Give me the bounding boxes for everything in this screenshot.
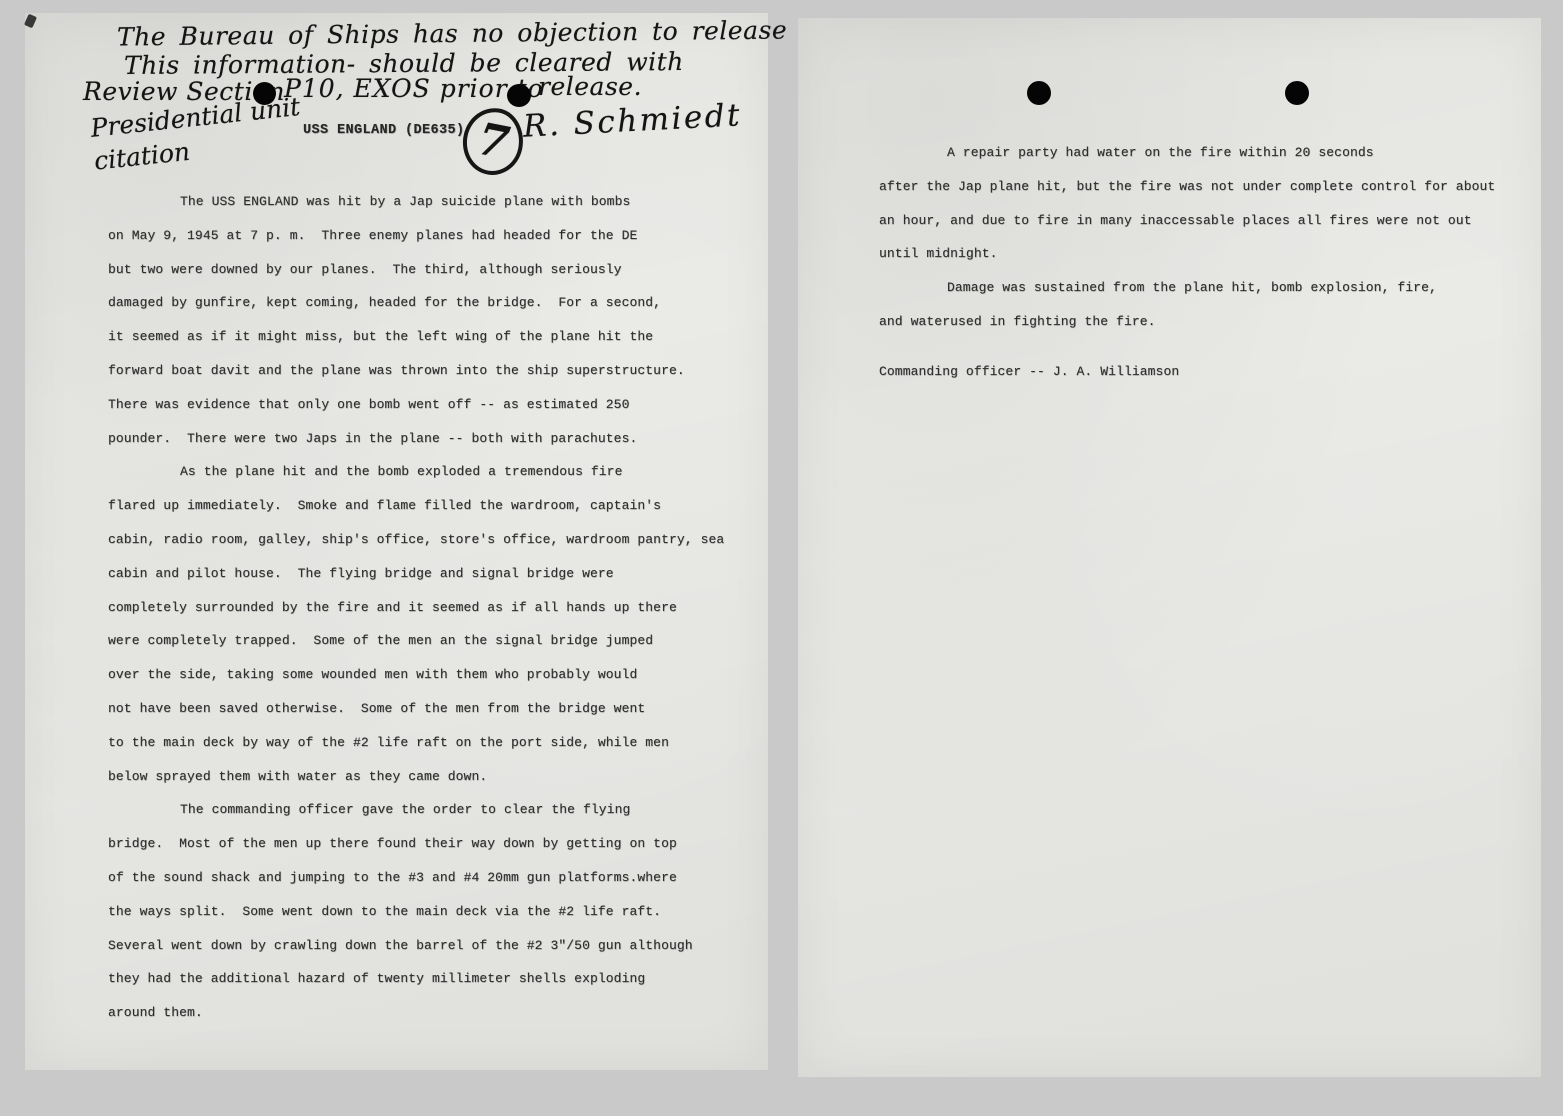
hole-punch <box>1027 81 1051 105</box>
circled-page-number: 7 <box>459 104 528 179</box>
paragraph: The USS ENGLAND was hit by a Jap suicide… <box>108 185 770 455</box>
closing-line: Commanding officer -- J. A. Williamson <box>879 355 1541 389</box>
body-text-right: A repair party had water on the fire wit… <box>879 136 1541 389</box>
corner-speck <box>24 14 37 29</box>
signature: R. Schmiedt <box>522 97 743 144</box>
paragraph: A repair party had water on the fire wit… <box>879 136 1541 271</box>
hole-punch <box>507 84 531 107</box>
typed-title: USS ENGLAND (DE635) <box>303 123 465 138</box>
paragraph: The commanding officer gave the order to… <box>108 793 770 1030</box>
handwritten-note-line3-part3: release. <box>538 72 642 101</box>
page-number-7: 7 <box>474 117 512 166</box>
body-text-left: The USS ENGLAND was hit by a Jap suicide… <box>108 185 770 1030</box>
paragraph: As the plane hit and the bomb exploded a… <box>108 455 770 793</box>
handwritten-note-line3-part2: P10, EXOS prior to <box>284 74 544 103</box>
page-right: A repair party had water on the fire wit… <box>798 18 1541 1077</box>
hole-punch <box>1285 81 1309 105</box>
document-scan: The Bureau of Ships has no objection to … <box>0 0 1563 1116</box>
handwritten-note-line1: The Bureau of Ships has no objection to … <box>117 15 787 51</box>
page-left: The Bureau of Ships has no objection to … <box>25 13 768 1070</box>
paragraph: Damage was sustained from the plane hit,… <box>879 271 1541 339</box>
